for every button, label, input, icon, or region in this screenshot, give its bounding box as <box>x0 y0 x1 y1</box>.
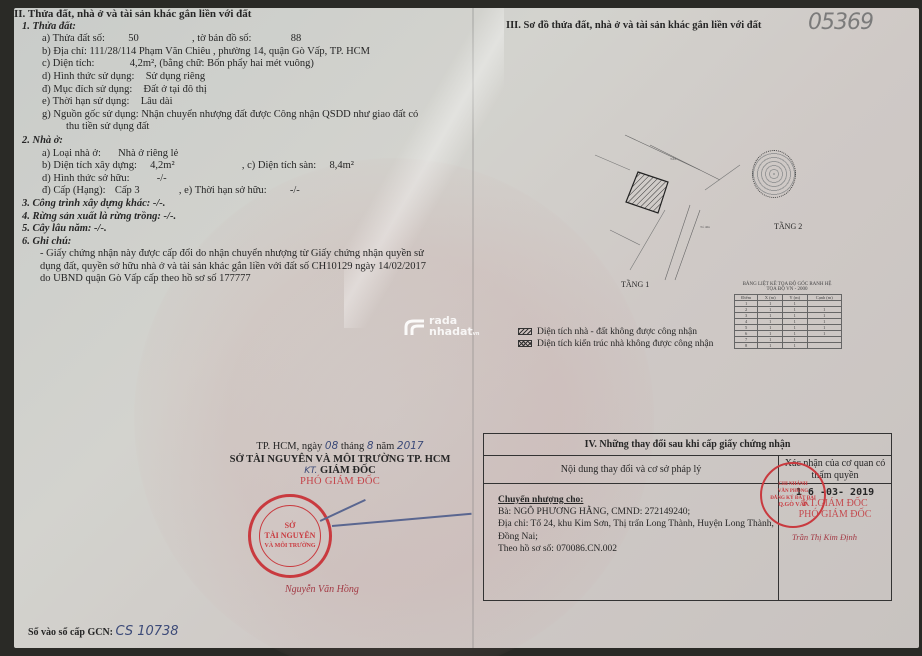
changes-body-row: Chuyển nhượng cho: Bà: NGÔ PHƯƠNG HẰNG, … <box>484 484 891 600</box>
watermark-brand: nhadat <box>429 325 473 338</box>
house-type-label: a) Loại nhà ở: <box>42 148 101 159</box>
agency-seal-stamp: SỞ TÀI NGUYÊN VÀ MÔI TRƯỜNG <box>248 494 332 578</box>
legend-label: Diện tích nhà - đất không được công nhận <box>537 327 697 337</box>
parcel-label: a) Thửa đất số: <box>42 33 105 44</box>
house-type-value: Nhà ở riêng lẻ <box>118 148 178 159</box>
section-ii-title: II. Thửa đất, nhà ở và tài sản khác gắn … <box>14 8 454 21</box>
parcel-diagram: TÁI Tổ dân <box>590 110 760 290</box>
house-heading: 2. Nhà ở: <box>14 135 454 148</box>
build-area-label: b) Diện tích xây dựng: <box>42 160 137 171</box>
seal-text-1: SỞ <box>260 521 320 531</box>
seal-text-1: CHI NHÁNH <box>778 481 807 488</box>
section-iii-title: III. Sơ đồ thửa đất, nhà ở và tài sản kh… <box>506 20 761 31</box>
branch-seal-stamp: CHI NHÁNH VĂN PHÒNG ĐĂNG KÝ ĐẤT ĐAI Q.GÒ… <box>760 462 826 528</box>
col-content-header: Nội dung thay đổi và cơ sở pháp lý <box>484 456 779 483</box>
coordinate-table: ĐiểmX (m)Y (m)Cạnh (m) 111 2111 3111 411… <box>734 294 842 349</box>
ownership-label: d) Hình thức sở hữu: <box>42 173 130 184</box>
floor2-label: TẦNG 2 <box>774 222 802 231</box>
land-origin-row: g) Nguồn gốc sử dụng: Nhận chuyển nhượng… <box>14 109 454 122</box>
purpose-value: Đất ở tại đô thị <box>144 84 207 95</box>
left-page: II. Thửa đất, nhà ở và tài sản khác gắn … <box>14 8 454 286</box>
origin-label: g) Nguồn gốc sử dụng: <box>42 109 139 120</box>
issue-place: TP. HCM, ngày <box>256 441 322 452</box>
ownership-term-value: -/- <box>290 185 300 196</box>
seal-inner: SỞ TÀI NGUYÊN VÀ MÔI TRƯỜNG <box>259 505 321 567</box>
map-sheet-label: , tờ bản đồ số: <box>192 33 252 44</box>
grade-value: Cấp 3 <box>115 185 140 196</box>
floor2-diagram <box>752 150 796 198</box>
production-forest: 4. Rừng sản xuất là rừng trồng: -/-. <box>14 211 454 224</box>
vice-director-title: PHÓ GIÁM ĐỐC <box>200 476 480 487</box>
ownership-value: -/- <box>157 173 167 184</box>
land-area-row: c) Diện tích: 4,2m², (bằng chữ: Bốn phẩy… <box>14 58 454 71</box>
floor1-label: TẦNG 1 <box>621 280 649 289</box>
issuing-agency: SỞ TÀI NGUYÊN VÀ MÔI TRƯỜNG TP. HCM <box>200 454 480 465</box>
floor-area-value: 8,4m² <box>329 160 353 171</box>
issue-date: TP. HCM, ngày 08 tháng 8 năm 2017 <box>200 440 480 452</box>
usage-form-value: Sử dụng riêng <box>146 71 205 82</box>
house-type-row: a) Loại nhà ở: Nhà ở riêng lẻ <box>14 148 454 161</box>
seal-text-3: VÀ MÔI TRƯỜNG <box>260 541 320 551</box>
origin-value: Nhận chuyển nhượng đất được Công nhận QS… <box>141 109 418 120</box>
build-area-value: 4,2m² <box>150 160 174 171</box>
seal-text-3: ĐĂNG KÝ ĐẤT ĐAI <box>770 495 816 502</box>
director-title: KT. GIÁM ĐỐC <box>200 465 480 476</box>
change-content: Chuyển nhượng cho: Bà: NGÔ PHƯƠNG HẰNG, … <box>484 484 779 600</box>
confirm-signer: Trần Thị Kim Định <box>792 532 857 542</box>
usage-form-label: d) Hình thức sử dụng: <box>42 71 134 82</box>
seal-text-4: Q.GÒ VẤP <box>778 502 807 509</box>
issue-year: 2017 <box>397 440 424 452</box>
director-label: GIÁM ĐỐC <box>320 465 376 476</box>
transferee: Bà: NGÔ PHƯƠNG HẰNG, CMND: 272149240; <box>498 506 778 518</box>
watermark: rada nhadatvn <box>404 316 479 340</box>
legend-item-architecture: Diện tích kiến trúc nhà không được công … <box>518 338 713 350</box>
legend-label: Diện tích kiến trúc nhà không được công … <box>537 339 713 349</box>
watermark-text-2: nhadatvn <box>429 326 479 340</box>
watermark-suffix: vn <box>473 331 480 337</box>
land-duration-row: e) Thời hạn sử dụng: Lâu dài <box>14 96 454 109</box>
crosshatch-swatch-icon <box>518 340 532 347</box>
duration-value: Lâu dài <box>141 96 173 107</box>
land-heading: 1. Thửa đất: <box>14 21 454 34</box>
gcn-number: CS 10738 <box>116 624 179 639</box>
hatch-swatch-icon <box>518 328 532 335</box>
notes-heading: 6. Ghi chú: <box>14 236 454 249</box>
issue-day: 08 <box>325 440 338 452</box>
issuer-signature-block: TP. HCM, ngày 08 tháng 8 năm 2017 SỞ TÀI… <box>200 440 480 487</box>
coord-table-title: BẢNG LIỆT KÊ TỌA ĐỘ GÓC RANH HỆ TỌA ĐỘ V… <box>742 282 832 292</box>
floor-area-label: , c) Diện tích sàn: <box>242 160 316 171</box>
address-label: b) Địa chỉ: <box>42 46 87 57</box>
transferee-address: Địa chỉ: Tổ 24, khu Kim Sơn, Thị trấn Lo… <box>498 518 778 542</box>
house-grade-row: đ) Cấp (Hạng): Cấp 3 , e) Thời hạn sở hữ… <box>14 185 454 198</box>
duration-label: e) Thời hạn sử dụng: <box>42 96 129 107</box>
parcel-number: 50 <box>128 33 139 44</box>
legend: Diện tích nhà - đất không được công nhận… <box>518 326 713 350</box>
grade-label: đ) Cấp (Hạng): <box>42 185 106 196</box>
land-usage-form-row: d) Hình thức sử dụng: Sử dụng riêng <box>14 71 454 84</box>
purpose-label: đ) Mục đích sử dụng: <box>42 84 132 95</box>
kt-mark: KT. <box>304 466 317 476</box>
other-construction: 3. Công trình xây dựng khác: -/-. <box>14 198 454 211</box>
changes-table: IV. Những thay đổi sau khi cấp giấy chứn… <box>483 433 892 601</box>
year-label: năm <box>376 441 394 452</box>
gcn-registry: Số vào sổ cấp GCN: CS 10738 <box>28 624 179 639</box>
area-label: c) Diện tích: <box>42 58 94 69</box>
land-purpose-row: đ) Mục đích sử dụng: Đất ở tại đô thị <box>14 84 454 97</box>
svg-text:Tổ dân: Tổ dân <box>700 224 710 229</box>
signer-name: Nguyễn Văn Hồng <box>285 584 359 595</box>
issue-month: 8 <box>367 440 374 452</box>
seal-text-2: TÀI NGUYÊN <box>260 531 320 541</box>
watermark-logo-icon <box>404 319 426 337</box>
house-ownership-row: d) Hình thức sở hữu: -/- <box>14 173 454 186</box>
legend-item-land: Diện tích nhà - đất không được công nhận <box>518 326 713 338</box>
land-parcel-row: a) Thửa đất số: 50 , tờ bản đồ số: 88 <box>14 33 454 46</box>
changes-header-row: Nội dung thay đổi và cơ sở pháp lý Xác n… <box>484 456 891 484</box>
file-number: Theo hồ sơ số: 070086.CN.002 <box>498 543 778 555</box>
land-origin-cont: thu tiền sử dụng đất <box>14 121 454 134</box>
map-sheet-number: 88 <box>291 33 302 44</box>
area-value: 4,2m², (bằng chữ: Bốn phẩy hai mét vuông… <box>130 58 314 69</box>
month-label: tháng <box>341 441 364 452</box>
house-build-area-row: b) Diện tích xây dựng: 4,2m² , c) Diện t… <box>14 160 454 173</box>
transfer-heading: Chuyển nhượng cho: <box>498 494 778 506</box>
perennial-trees: 5. Cây lâu năm: -/-. <box>14 223 454 236</box>
notes-text: - Giấy chứng nhận này được cấp đổi do nh… <box>14 248 454 286</box>
address-value: 111/28/114 Phạm Văn Chiêu , phường 14, q… <box>90 46 370 57</box>
ownership-term-label: , e) Thời hạn sở hữu: <box>179 185 267 196</box>
changes-title: IV. Những thay đổi sau khi cấp giấy chứn… <box>484 434 891 456</box>
serial-number: 05369 <box>808 10 873 35</box>
land-address-row: b) Địa chỉ: 111/28/114 Phạm Văn Chiêu , … <box>14 46 454 59</box>
gcn-label: Số vào sổ cấp GCN: <box>28 627 113 638</box>
svg-text:TÁI: TÁI <box>670 156 677 161</box>
seal-text-2: VĂN PHÒNG <box>778 488 808 495</box>
